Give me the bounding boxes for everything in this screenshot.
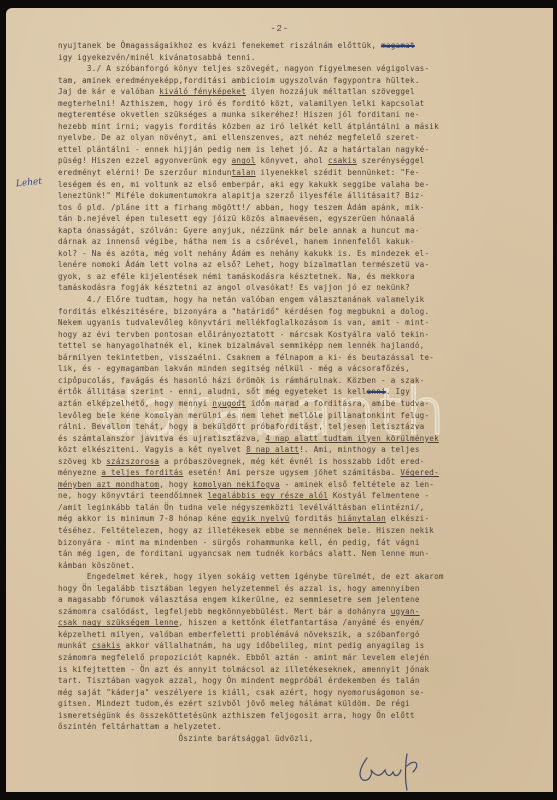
- text-line: és számtalanszor javitva és ujratisztázv…: [58, 433, 557, 445]
- text-line: aztán elképzelhető, hogy mennyi nyugodt …: [58, 398, 557, 410]
- text-segment: Nekem ugyanis tudvalevőleg könyvtári mel…: [58, 318, 429, 327]
- text-segment: aztán elképzelhető, hogy mennyi: [58, 399, 212, 408]
- text-line: 4./ Előre tudtam, hogy ha netán valóban …: [58, 294, 557, 306]
- text-line: munkát csakis akkor vállalhatnám, ha ugy…: [58, 640, 557, 652]
- text-line: kol? - Na és azóta, még volt nehány Ádám…: [58, 248, 557, 260]
- text-segment: tettel se hanyagolhatnék el, kinek bizal…: [58, 341, 424, 350]
- text-segment: levőleg bele kéne komolyan merülni és ne…: [58, 411, 429, 420]
- text-line: megteremtése okvetlen szükséges a munka …: [58, 109, 557, 121]
- underlined-text: egyik nyelvü: [232, 514, 290, 523]
- underlined-text: komolyan nekifogva: [193, 480, 280, 489]
- underlined-text: legalábbis egy része alól: [207, 491, 328, 500]
- text-line: tamáskodásra fogják késztetni az angol o…: [58, 282, 557, 294]
- text-segment: . Igy: [386, 387, 410, 396]
- underlined-text: ményben azt mondhatom: [58, 480, 159, 489]
- text-line: rálni. Bevallom tehát, hogy a beküldött …: [58, 421, 557, 433]
- text-segment: !. Ami, minthogy a teljes: [299, 445, 420, 454]
- text-line: tam, aminek eredményeképp,forditási ambi…: [58, 75, 557, 87]
- text-segment: esetén! Ami persze ugysem jöhet számitás…: [183, 468, 400, 477]
- text-line: még saját "káderja" veszélyere is kiáll,…: [58, 687, 557, 699]
- text-segment: számomra megfelelő propoziciót kapnék. E…: [58, 653, 429, 662]
- text-line: ményezne a teljes forditás esetén! Ami p…: [58, 467, 557, 479]
- text-segment: ettel plántálni - ennek hijján pedig nem…: [58, 145, 429, 154]
- text-segment: akkor vállalhatnám, ha ugy időbelileg, m…: [121, 641, 425, 650]
- text-line: Őszinte barátsággal üdvözli,: [58, 733, 557, 745]
- text-segment: könyvet, ahol: [256, 156, 328, 165]
- text-line: Jaj de kár e valóban kiváló fényképeket …: [58, 86, 557, 98]
- text-segment: püség! Hiszen ezzel agyonverünk egy: [58, 156, 232, 165]
- text-segment: nyujtanek be Ömagasságaikhoz es kvázi fe…: [58, 41, 381, 50]
- text-line: forditás elkészitésére, bizonyára a "hat…: [58, 306, 557, 318]
- text-segment: ismeretségünk és összeköttetésünk azthis…: [58, 711, 415, 720]
- text-line: hogy az évi tervben pontosan előirányozt…: [58, 329, 557, 341]
- underlined-text: talan: [232, 168, 256, 177]
- text-line: tán még igen, de forditani ugyancsak nem…: [58, 548, 557, 560]
- text-segment: a próbaszövegnek, még két évnél is hossz…: [159, 457, 424, 466]
- text-segment: Engedelmet kérek, hogy ilyen sokáig vett…: [58, 572, 444, 581]
- text-line: leségem és en, mi voltunk az első emberp…: [58, 179, 557, 191]
- text-line: igy igyekezvén/minél kivánatosabbá tenni…: [58, 52, 557, 64]
- text-segment: megteremtése okvetlen szükséges a munka …: [58, 110, 420, 119]
- text-line: nyelvbe. De az olyan növényt, ami ellens…: [58, 132, 557, 144]
- text-segment: Őszinte barátsággal üdvözli,: [58, 734, 314, 743]
- text-segment: lenére nomoki Ádám lett volna az első? L…: [58, 260, 429, 269]
- text-line: téséhez. Feltételezem, hogy az illetékes…: [58, 525, 557, 537]
- text-segment: 3./ A szóbanforgó könyv teljes szövegét,…: [58, 64, 429, 73]
- underlined-text: csakis: [92, 641, 121, 650]
- text-segment: még akkor is minimum 7-8 hónap kéne: [58, 514, 232, 523]
- text-segment: Jaj de kár e valóban: [58, 87, 159, 96]
- text-line: Engedelmet kérek, hogy ilyen sokáig vett…: [58, 571, 557, 583]
- underlined-text: Végered-: [400, 468, 439, 477]
- text-segment: hezebb mint irni; vagyis forditás közben…: [58, 122, 439, 131]
- text-line: leneztünk!" Miféle dokumentumokra alapit…: [58, 190, 557, 202]
- text-segment: elkészi-: [386, 514, 429, 523]
- text-segment: 4./ Előre tudtam, hogy ha netán valóban …: [58, 295, 424, 304]
- text-line: eredményt elérni! De szerzőur minduntala…: [58, 167, 557, 179]
- text-line: számomra csalódást, legfeljebb megkönnye…: [58, 606, 557, 618]
- letter-body: nyujtanek be Ömagasságaikhoz es kvázi fe…: [58, 40, 557, 744]
- text-line: a magasabb fórumok választása engem kike…: [58, 594, 557, 606]
- text-line: értők állitása szerint - enni, aludni, s…: [58, 386, 557, 398]
- text-segment: képzelheti milyen, valóban emberfeletti …: [58, 630, 420, 639]
- text-segment: /amit leginkább talán Ön tudna vele négy…: [58, 503, 424, 512]
- text-segment: tamáskodásra fogják késztetni az angol o…: [58, 283, 410, 292]
- text-line: ettel plántálni - ennek hijján pedig nem…: [58, 144, 557, 156]
- text-segment: időm marad a forditásra, amibe tudva-: [246, 399, 429, 408]
- text-segment: szöveg kb: [58, 457, 106, 466]
- text-segment: ilyenekkel szédit bennünket: "Fe-: [256, 168, 420, 177]
- text-segment: tán b.nejével épen tulesett egy jóizü kö…: [58, 214, 415, 223]
- text-segment: közt elkésziteni. Vagyis a két nyelvet: [58, 445, 246, 454]
- text-line: levőleg bele kéne komolyan merülni és ne…: [58, 410, 557, 422]
- text-segment: tart. Tisztában vagyok azzal, hogy Ön mi…: [58, 676, 420, 685]
- text-line: püség! Hiszen ezzel agyonverünk egy ango…: [58, 155, 557, 167]
- text-segment: tán még igen, de forditani ugyancsak nem…: [58, 549, 429, 558]
- underlined-text: 8 nap alatt: [246, 445, 299, 454]
- text-line: tart. Tisztában vagyok azzal, hogy Ön mi…: [58, 675, 557, 687]
- text-line: dárnak az innenső végibe, hátha nem is a…: [58, 236, 557, 248]
- text-segment: , hogy: [159, 480, 193, 489]
- underlined-text: csakis: [328, 156, 357, 165]
- text-segment: ményezne: [58, 468, 101, 477]
- underlined-text: csak nagy szükségem lenne: [58, 618, 179, 627]
- text-line: ményben azt mondhatom, hogy komolyan nek…: [58, 479, 557, 491]
- text-line: szöveg kb százszorosa a próbaszövegnek, …: [58, 456, 557, 468]
- text-segment: cipőpucolás, favágás és hasonló házi örö…: [58, 376, 424, 385]
- text-segment: gitsen. Mindezt tudom,és ezért szivből j…: [58, 699, 410, 708]
- text-segment: bizonyára - mint ma mindenben - sürgős r…: [58, 538, 420, 547]
- text-segment: kámban köszönet.: [58, 561, 135, 570]
- text-line: kapta ónasságát, szólván: Gyere anyjuk, …: [58, 225, 557, 237]
- underlined-text: hiánytalan: [338, 514, 386, 523]
- text-segment: Kostyál felmentene -: [328, 491, 429, 500]
- text-line: hogy Ön legalább tisztában legyen helyze…: [58, 583, 557, 595]
- text-segment: rálni. Bevallom tehát, hogy a beküldött …: [58, 422, 424, 431]
- text-line: Nekem ugyanis tudvalevőleg könyvtári mel…: [58, 317, 557, 329]
- underlined-text: kiváló fényképeket: [159, 87, 246, 96]
- text-segment: hogy az évi tervben pontosan előirányozt…: [58, 330, 429, 339]
- text-line: kámban köszönet.: [58, 560, 557, 572]
- text-line: /amit leginkább talán Ön tudna vele négy…: [58, 502, 557, 514]
- text-segment: leneztünk!" Miféle dokumentumokra alapit…: [58, 191, 424, 200]
- text-segment: hogy Ön legalább tisztában legyen helyze…: [58, 584, 420, 593]
- text-segment: megterhelni! Azthiszem, hogy iró és ford…: [58, 99, 424, 108]
- text-line: cipőpucolás, favágás és hasonló házi örö…: [58, 375, 557, 387]
- underlined-text: angol: [232, 156, 256, 165]
- text-line: még akkor is minimum 7-8 hónap kéne egyi…: [58, 513, 557, 525]
- text-segment: tos ő pld. /pláne itt a firhang mögött!/…: [58, 203, 424, 212]
- text-line: ismeretségünk és összeköttetésünk azthis…: [58, 710, 557, 722]
- text-line: gyok, s az eféle kijelentések némi tamás…: [58, 271, 557, 283]
- text-line: tos ő pld. /pláne itt a firhang mögött!/…: [58, 202, 557, 214]
- text-segment: nyelvbe. De az olyan növényt, ami ellens…: [58, 133, 420, 142]
- text-segment: lik, és - egymagamban lakván minden segi…: [58, 364, 410, 373]
- text-line: számomra megfelelő propoziciót kapnék. E…: [58, 652, 557, 664]
- text-line: bármilyen tekintetben, visszaélni. Csakn…: [58, 352, 557, 364]
- text-segment: forditás elkészitésére, bizonyára a "hat…: [58, 307, 429, 316]
- page-number: -2-: [6, 23, 553, 34]
- struck-text: magamat: [381, 41, 415, 50]
- text-segment: téséhez. Feltételezem, hogy az illetékes…: [58, 526, 434, 535]
- text-line: hezebb mint irni; vagyis forditás közben…: [58, 121, 557, 133]
- text-segment: bármilyen tekintetben, visszaélni. Csakn…: [58, 353, 434, 362]
- text-line: közt elkésziteni. Vagyis a két nyelvet 8…: [58, 444, 557, 456]
- handwritten-signature: [355, 752, 425, 792]
- underlined-text: nyugodt: [212, 399, 246, 408]
- underlined-text: 4 nap alatt tudtam ilyen körülmények: [265, 434, 439, 443]
- text-segment: igy igyekezvén/minél kivánatosabbá tenni…: [58, 53, 256, 62]
- text-segment: és számtalanszor javitva és ujratisztázv…: [58, 434, 265, 443]
- text-line: gitsen. Mindezt tudom,és ezért szivből j…: [58, 698, 557, 710]
- underlined-text: százszorosa: [106, 457, 159, 466]
- text-segment: , hiszen a kettőnk életfantartása /anyám…: [179, 618, 425, 627]
- struck-text: enni: [367, 387, 386, 396]
- text-segment: kol? - Na és azóta, még volt nehány Ádám…: [58, 249, 429, 258]
- text-segment: értők állitása szerint - enni, aludni, s…: [58, 387, 367, 396]
- text-segment: tam, aminek eredményeképp,forditási ambi…: [58, 76, 420, 85]
- text-line: csak nagy szükségem lenne, hiszen a kett…: [58, 617, 557, 629]
- text-segment: - aminek első feltétele az len-: [280, 480, 434, 489]
- text-line: megterhelni! Azthiszem, hogy iró és ford…: [58, 98, 557, 110]
- text-segment: szerénységgel: [357, 156, 425, 165]
- text-segment: forditás: [289, 514, 337, 523]
- text-line: lik, és - egymagamban lakván minden segi…: [58, 363, 557, 375]
- text-line: nyujtanek be Ömagasságaikhoz es kvázi fe…: [58, 40, 557, 52]
- underlined-text: a teljes forditás: [101, 468, 183, 477]
- text-segment: dárnak az innenső végibe, hátha nem is a…: [58, 237, 415, 246]
- text-segment: ne, hogy könyvtári teendőimnek: [58, 491, 207, 500]
- text-line: képzelheti milyen, valóban emberfeletti …: [58, 629, 557, 641]
- text-line: ne, hogy könyvtári teendőimnek legalábbi…: [58, 490, 557, 502]
- text-segment: ilyen hozzájuk méltatlan szöveggel: [246, 87, 415, 96]
- text-line: őszintén feltárhattam a helyzetet.: [58, 721, 557, 733]
- text-line: lenére nomoki Ádám lett volna az első? L…: [58, 259, 557, 271]
- text-segment: őszintén feltárhattam a helyzetet.: [58, 722, 222, 731]
- text-segment: a magasabb fórumok választása engem kike…: [58, 595, 420, 604]
- underlined-text: ugyan-: [391, 607, 420, 616]
- text-line: bizonyára - mint ma mindenben - sürgős r…: [58, 537, 557, 549]
- text-segment: leségem és en, mi voltunk az első emberp…: [58, 180, 429, 189]
- text-segment: kapta ónasságát, szólván: Gyere anyjuk, …: [58, 226, 420, 235]
- text-segment: számomra csalódást, legfeljebb megkönnye…: [58, 607, 391, 616]
- text-segment: gyok, s az eféle kijelentések némi tamás…: [58, 272, 415, 281]
- text-segment: is kifejtettem - Ön azt és annyit tolmác…: [58, 665, 429, 674]
- text-line: is kifejtettem - Ön azt és annyit tolmác…: [58, 664, 557, 676]
- text-segment: munkát: [58, 641, 92, 650]
- text-line: tettel se hanyagolhatnék el, kinek bizal…: [58, 340, 557, 352]
- text-segment: még saját "káderja" veszélyere is kiáll,…: [58, 688, 424, 697]
- text-line: 3./ A szóbanforgó könyv teljes szövegét,…: [58, 63, 557, 75]
- text-segment: eredményt elérni! De szerzőur mindun: [58, 168, 232, 177]
- handwritten-margin-note: Lehet: [16, 177, 43, 190]
- text-line: tán b.nejével épen tulesett egy jóizü kö…: [58, 213, 557, 225]
